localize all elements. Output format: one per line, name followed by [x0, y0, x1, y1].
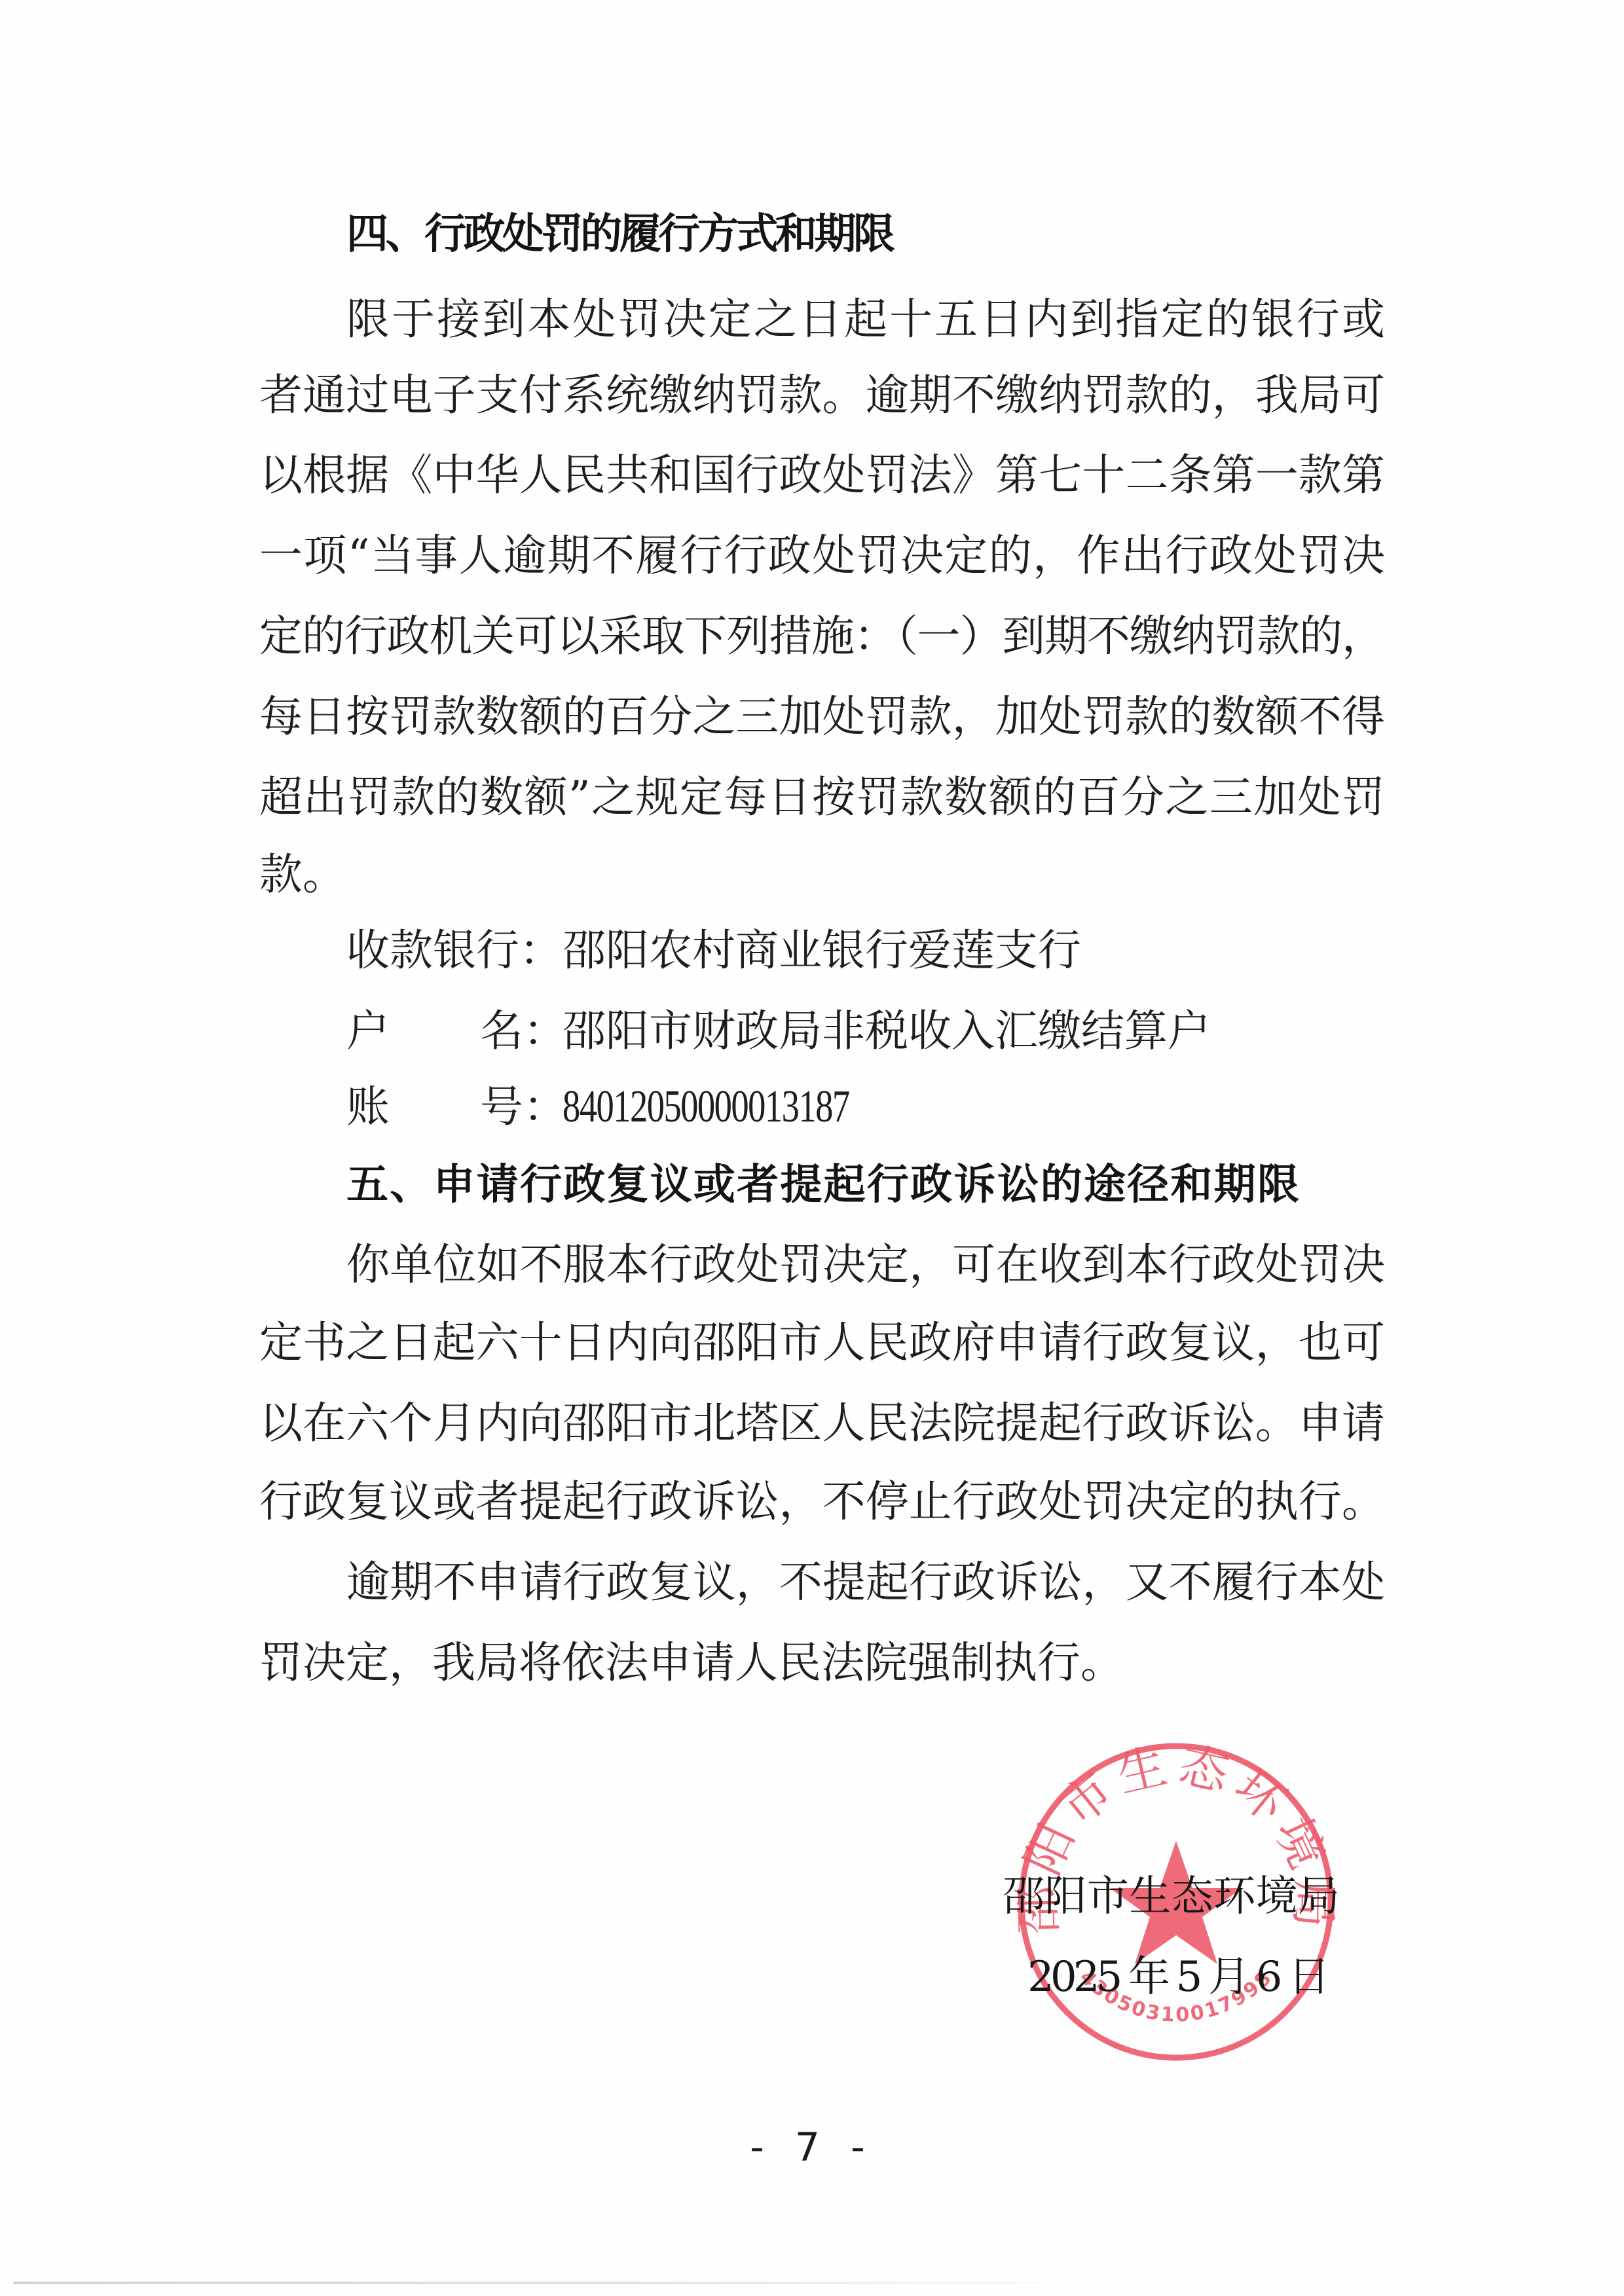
account-number-colon: ： [523, 1081, 566, 1133]
section-5-paragraph-1-line-2: 定书之日起六十日内向邵阳市人民政府申请行政复议，也可 [259, 1317, 1385, 1369]
bank-label: 收款银行： [346, 924, 563, 977]
section-5-paragraph-1-line-4: 行政复议或者提起行政诉讼，不停止行政处罚决定的执行。 [259, 1476, 1385, 1528]
account-name-colon: ： [523, 1005, 566, 1057]
section-5-paragraph-1-line-1: 你单位如不服本行政处罚决定，可在收到本行政处罚决 [346, 1239, 1385, 1291]
payment-account-name-row: 户 名 ： 邵阳市财政局非税收入汇缴结算户 [346, 1005, 1263, 1057]
account-number-label-part-2: 号 [480, 1081, 523, 1133]
section-4-paragraph-line-8: 款。 [259, 848, 390, 901]
section-4-heading: 四、行政处罚的履行方式和期限 [346, 207, 893, 262]
section-4-paragraph-line-5: 定的行政机关可以采取下列措施：（一）到期不缴纳罚款的， [259, 610, 1384, 663]
section-4-paragraph-line-2: 者通过电子支付系统缴纳罚款。逾期不缴纳罚款的，我局可 [259, 369, 1385, 422]
page-number: - 7 - [747, 2121, 877, 2174]
section-5-paragraph-2-line-1: 逾期不申请行政复议，不提起行政诉讼，又不履行本处 [346, 1556, 1385, 1609]
signature-organization: 邵阳市生态环境局 [1003, 1870, 1340, 1923]
section-4-paragraph-line-6: 每日按罚款数额的百分之三加处罚款，加处罚款的数额不得 [259, 691, 1385, 743]
document-page: 四、行政处罚的履行方式和期限 限于接到本处罚决定之日起十五日内到指定的银行或 者… [0, 0, 1624, 2296]
section-4-paragraph-line-4: 一项“当事人逾期不履行行政处罚决定的，作出行政处罚决 [259, 530, 1386, 582]
section-4-paragraph-line-1: 限于接到本处罚决定之日起十五日内到指定的银行或 [346, 293, 1387, 346]
account-number-label-part-1: 账 [346, 1081, 390, 1133]
payment-bank-row: 收款银行： 邵阳农村商业银行爱莲支行 [346, 924, 1132, 977]
account-name-value: 邵阳市财政局非税收入汇缴结算户 [563, 1005, 1211, 1057]
scan-edge-divider [13, 2282, 1094, 2284]
account-name-label-part-1: 户 [346, 1005, 390, 1057]
section-4-paragraph-line-7: 超出罚款的数额”之规定每日按罚款数额的百分之三加处罚 [259, 771, 1386, 824]
account-number-value: 84012050000013187 [563, 1081, 849, 1133]
section-5-paragraph-2-line-2: 罚决定，我局将依法申请人民法院强制执行。 [259, 1637, 1189, 1689]
section-5-paragraph-1-line-3: 以在六个月内向邵阳市北塔区人民法院提起行政诉讼。申请 [259, 1397, 1385, 1449]
section-5-heading: 五、申请行政复议或者提起行政诉讼的途径和期限 [346, 1157, 1301, 1212]
section-4-paragraph-line-3: 以根据《中华人民共和国行政处罚法》第七十二条第一款第 [259, 449, 1385, 501]
bank-value: 邵阳农村商业银行爱莲支行 [563, 924, 1081, 977]
account-name-label-part-2: 名 [480, 1005, 523, 1057]
signature-date: 2025 年 5 月 6 日 [1027, 1951, 1326, 2003]
payment-account-number-row: 账 号 ： 84012050000013187 [346, 1081, 1132, 1133]
